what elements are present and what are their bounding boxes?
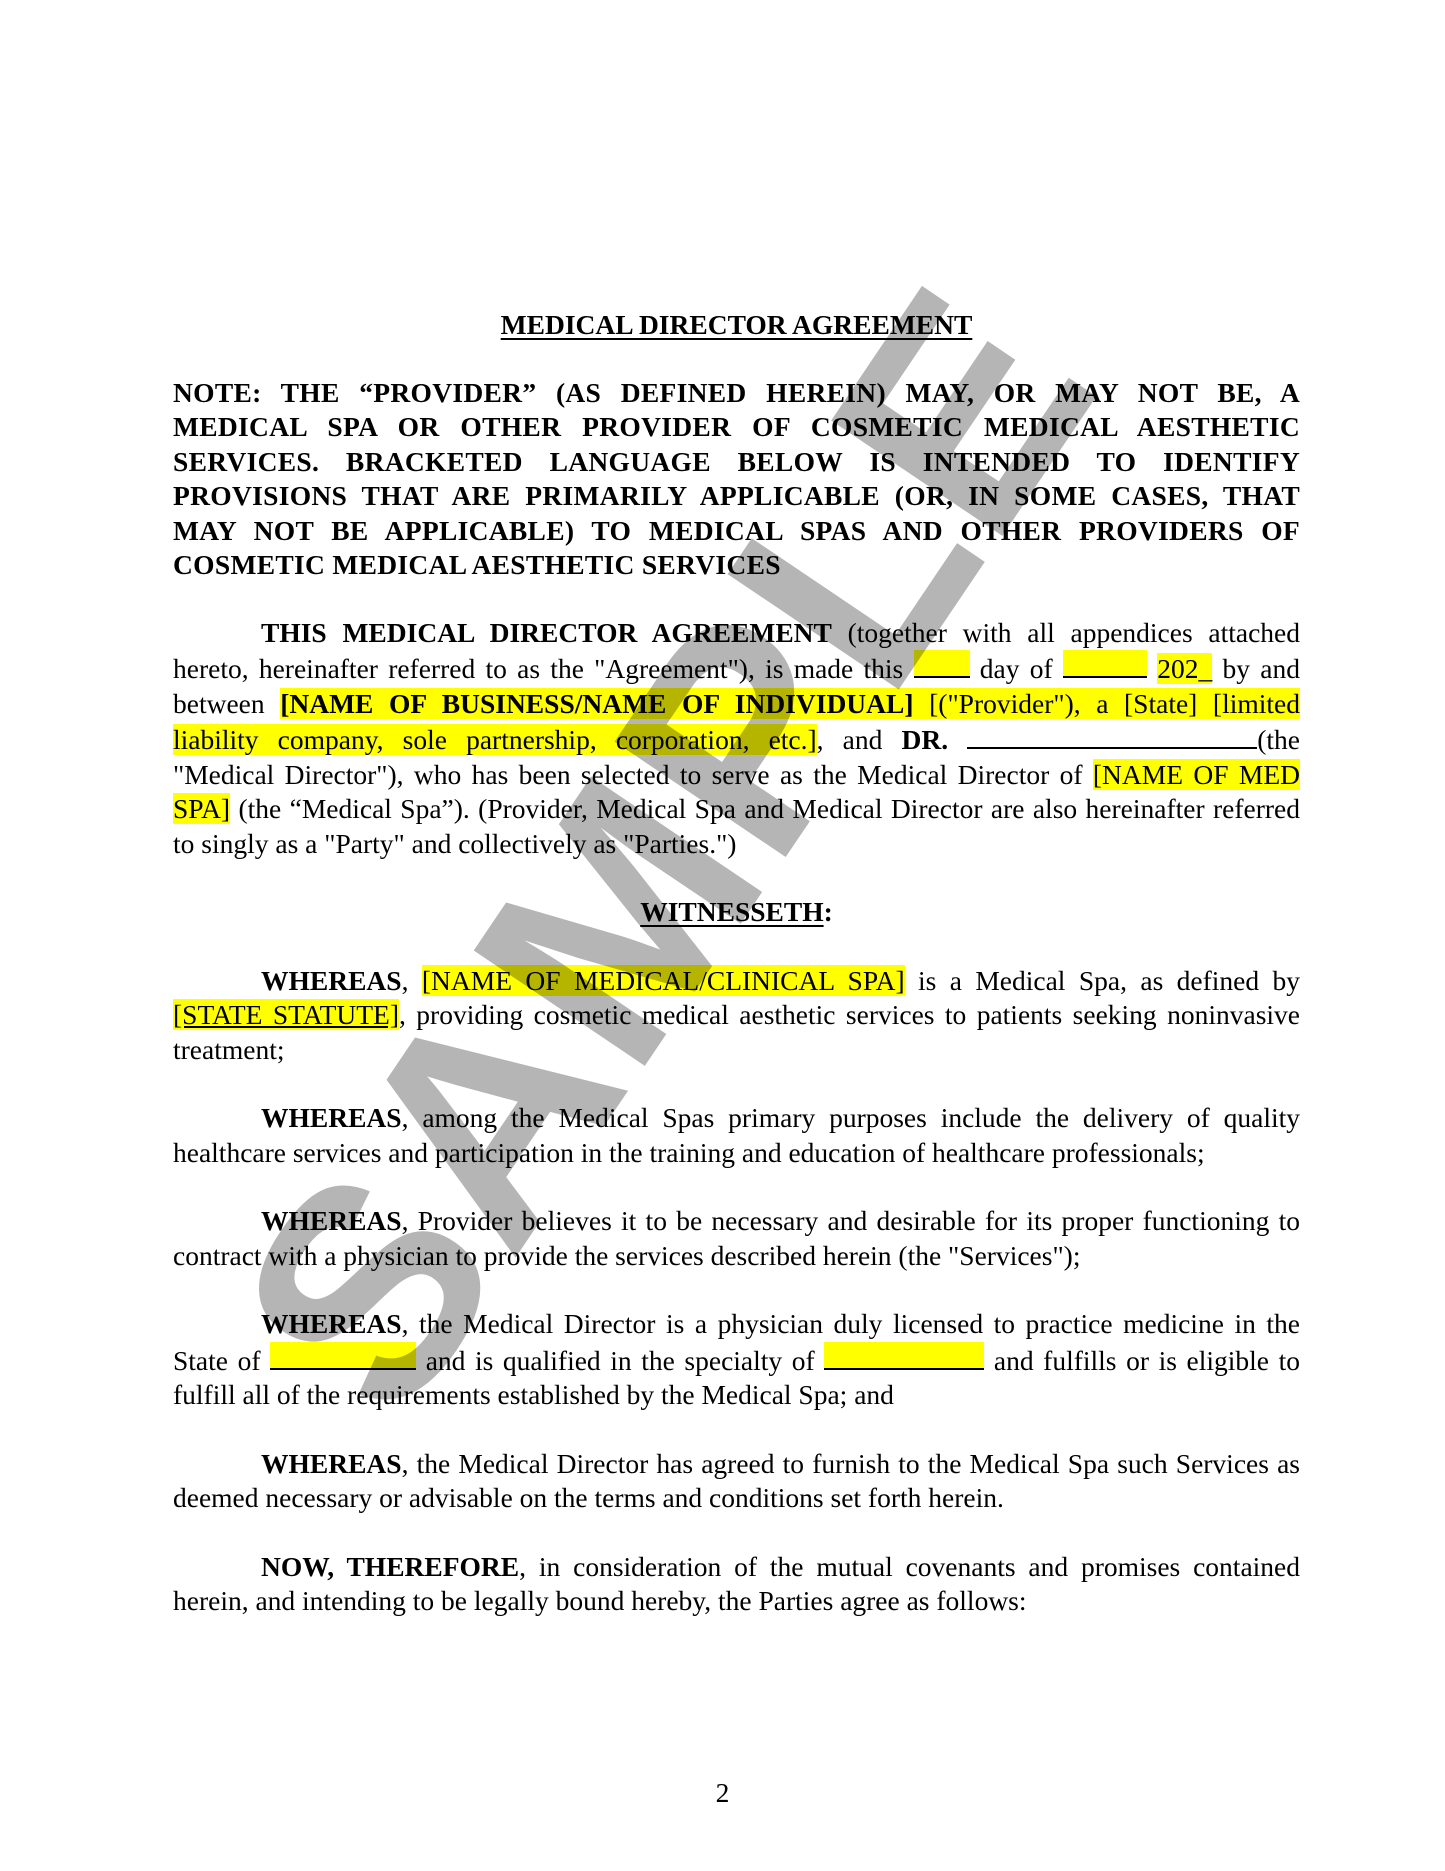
business-name-placeholder[interactable]: [NAME OF BUSINESS/NAME OF INDIVIDUAL]	[280, 688, 913, 719]
document-body: MEDICAL DIRECTOR AGREEMENT NOTE: THE “PR…	[173, 308, 1300, 1653]
whereas-label: WHEREAS	[261, 1308, 402, 1339]
whereas-label: WHEREAS	[261, 1102, 402, 1133]
recital-1-text-1: is a Medical Spa, as defined by	[905, 965, 1300, 996]
medical-director-name-blank[interactable]	[967, 721, 1257, 749]
intro-text-6: (the “Medical Spa”). (Provider, Medical …	[173, 793, 1300, 859]
page-number: 2	[0, 1777, 1445, 1809]
document-title: MEDICAL DIRECTOR AGREEMENT	[173, 308, 1300, 343]
witnesseth-heading: WITNESSETH:	[173, 895, 1300, 930]
state-statute-placeholder[interactable]: [STATE STATUTE]	[173, 999, 399, 1030]
now-therefore-lead: NOW, THEREFORE	[261, 1551, 519, 1582]
intro-text-2: day of	[970, 653, 1063, 684]
medical-spa-name-placeholder[interactable]: [NAME OF MEDICAL/CLINICAL SPA]	[422, 965, 905, 996]
document-page: MEDICAL DIRECTOR AGREEMENT NOTE: THE “PR…	[0, 0, 1445, 1871]
intro-paragraph: THIS MEDICAL DIRECTOR AGREEMENT (togethe…	[173, 616, 1300, 862]
whereas-label: WHEREAS	[261, 965, 402, 996]
whereas-label: WHEREAS	[261, 1205, 402, 1236]
note-paragraph: NOTE: THE “PROVIDER” (AS DEFINED HEREIN)…	[173, 376, 1300, 583]
whereas-label: WHEREAS	[261, 1448, 402, 1479]
day-blank[interactable]	[914, 650, 970, 678]
recital-2: WHEREAS, among the Medical Spas primary …	[173, 1101, 1300, 1170]
recital-4: WHEREAS, the Medical Director is a physi…	[173, 1307, 1300, 1413]
recital-5: WHEREAS, the Medical Director has agreed…	[173, 1447, 1300, 1516]
recital-1: WHEREAS, [NAME OF MEDICAL/CLINICAL SPA] …	[173, 964, 1300, 1068]
month-blank[interactable]	[1063, 650, 1147, 678]
now-therefore-paragraph: NOW, THEREFORE, in consideration of the …	[173, 1550, 1300, 1619]
specialty-blank[interactable]	[824, 1342, 984, 1370]
intro-text-4: , and	[817, 724, 902, 755]
state-blank[interactable]	[270, 1342, 416, 1370]
witnesseth-label: WITNESSETH	[640, 896, 823, 927]
recital-4-text-2: and is qualified in the specialty of	[416, 1345, 824, 1376]
recital-3: WHEREAS, Provider believes it to be nece…	[173, 1204, 1300, 1273]
dr-label: DR.	[901, 724, 948, 755]
witnesseth-colon: :	[824, 896, 833, 927]
year-field[interactable]: 202_	[1157, 653, 1212, 684]
intro-lead: THIS MEDICAL DIRECTOR AGREEMENT	[261, 617, 832, 648]
